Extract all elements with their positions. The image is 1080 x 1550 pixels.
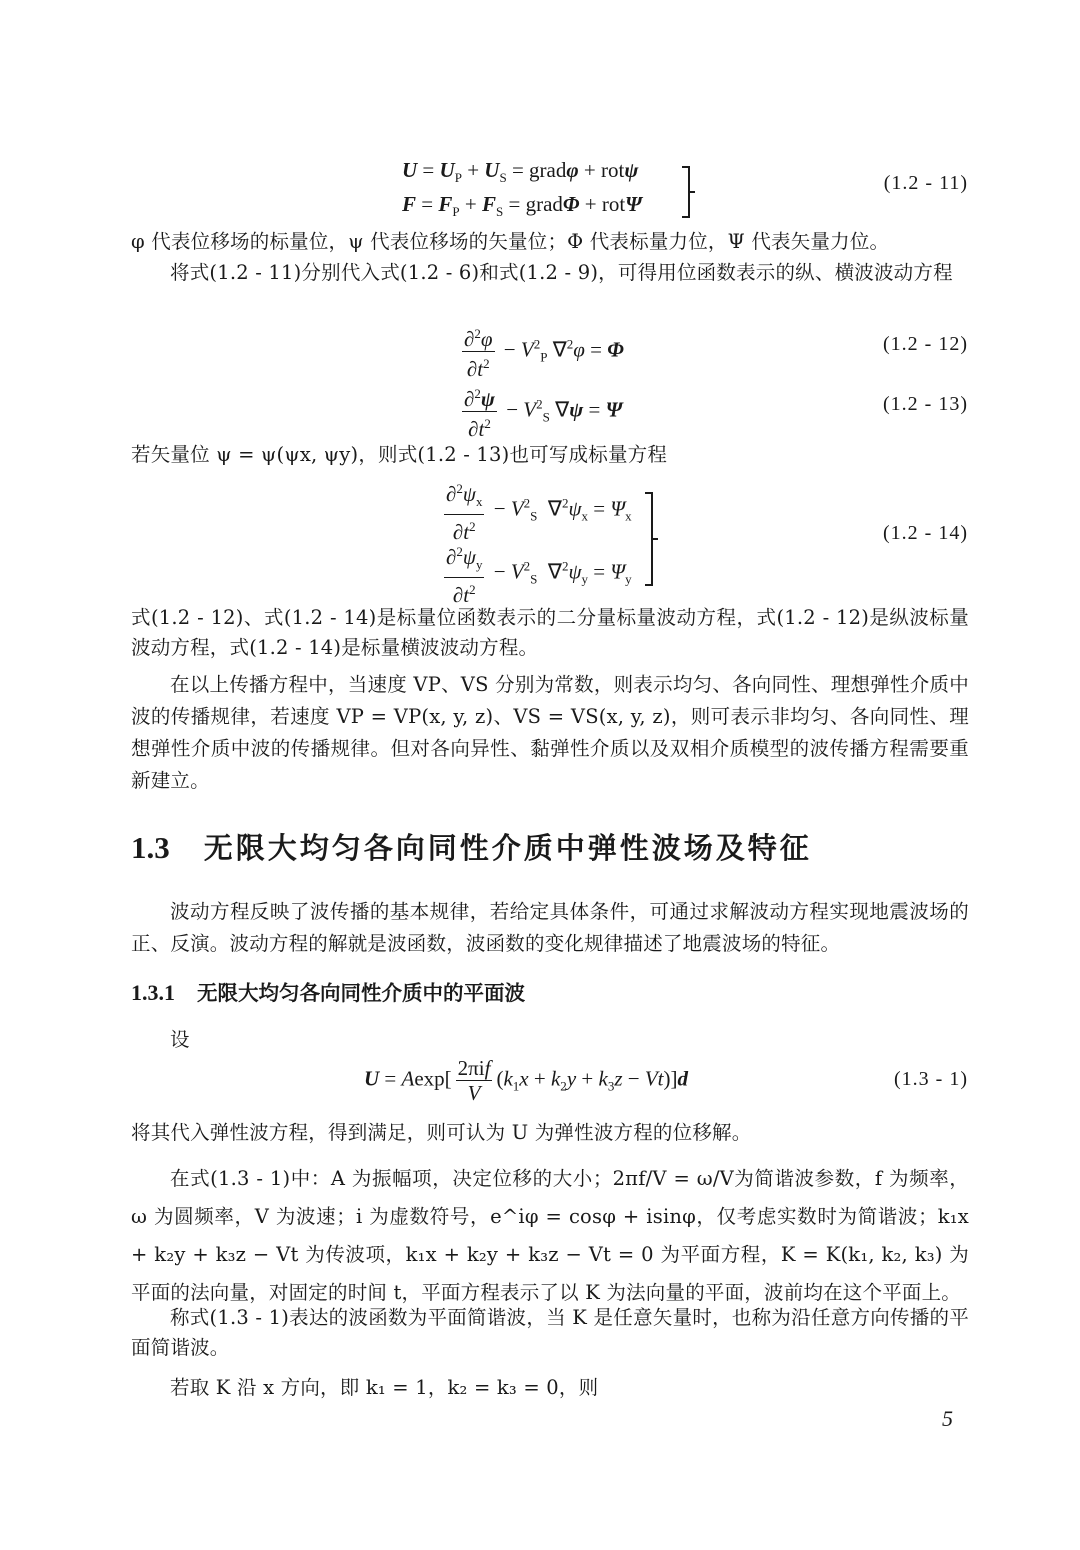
section-title: 无限大均匀各向同性介质中弹性波场及特征	[204, 831, 812, 865]
paragraph-parameters: 在式(1.3 - 1)中：A 为振幅项，决定位移的大小；2πf/V = ω/V为…	[131, 1160, 969, 1312]
equation-1-2-12: ∂2φ∂t2 − V2P ∇2φ = Φ	[458, 322, 624, 381]
paragraph-let: 设	[131, 1025, 969, 1055]
equation-1-2-14-line2: ∂2ψy∂t2 − V2S ∇2ψy = Ψy	[440, 540, 632, 607]
equation-label: (1.2 - 13)	[883, 393, 968, 416]
paragraph-potentials: φ 代表位移场的标量位，ψ 代表位移场的矢量位；Φ 代表标量力位，Ψ 代表矢量力…	[131, 227, 969, 257]
equation-1-2-11-line2: F = FP + FS = gradΦ + rotΨ	[402, 192, 642, 220]
paragraph-scalar-equations: 式(1.2 - 12)、式(1.2 - 14)是标量位函数表示的二分量标量波动方…	[131, 603, 969, 663]
subsection-title: 无限大均匀各向同性介质中的平面波	[197, 981, 525, 1005]
equation-1-2-14-line1: ∂2ψx∂t2 − V2S ∇2ψx = Ψx	[440, 477, 632, 544]
equation-label: (1.3 - 1)	[894, 1068, 968, 1091]
equation-1-3-1: U = Aexp[2πifV(k1x + k2y + k3z − Vt)]d	[364, 1056, 688, 1105]
subsection-heading: 1.3.1无限大均匀各向同性介质中的平面波	[131, 976, 525, 1006]
equation-1-2-13: ∂2ψ∂t2 − V2S ∇ψ = Ψ	[458, 382, 622, 441]
equation-brace	[645, 492, 653, 586]
paragraph-intro: 波动方程反映了波传播的基本规律，若给定具体条件，可通过求解波动方程实现地震波场的…	[131, 896, 969, 960]
equation-1-2-11-line1: U = UP + US = gradφ + rotψ	[402, 158, 638, 186]
page-number: 5	[942, 1406, 953, 1432]
parameters-fraction: 2πf/V = ω/V	[613, 1167, 734, 1190]
paragraph-propagation: 在以上传播方程中，当速度 VP、VS 分别为常数，则表示均匀、各向同性、理想弹性…	[131, 669, 969, 797]
paragraph-plane-wave: 称式(1.3 - 1)表达的波函数为平面简谐波，当 K 是任意矢量时，也称为沿任…	[131, 1303, 969, 1363]
section-heading: 1.3无限大均匀各向同性介质中弹性波场及特征	[131, 826, 812, 867]
paragraph-along-x: 若取 K 沿 x 方向，即 k₁ = 1，k₂ = k₃ = 0，则	[131, 1373, 969, 1403]
equation-label: (1.2 - 12)	[883, 333, 968, 356]
equation-label: (1.2 - 11)	[884, 172, 968, 195]
paragraph-substitute: 将式(1.2 - 11)分别代入式(1.2 - 6)和式(1.2 - 9)，可得…	[131, 258, 969, 288]
section-number: 1.3	[131, 830, 170, 865]
paragraph-vector-potential: 若矢量位 ψ = ψ(ψx, ψy)，则式(1.2 - 13)也可写成标量方程	[131, 440, 969, 470]
subsection-number: 1.3.1	[131, 980, 175, 1005]
parameters-part-a: 在式(1.3 - 1)中：A 为振幅项，决定位移的大小；	[170, 1167, 613, 1190]
equation-brace	[682, 166, 690, 218]
equation-label: (1.2 - 14)	[883, 522, 968, 545]
paragraph-solution: 将其代入弹性波方程，得到满足，则可认为 U 为弹性波方程的位移解。	[131, 1118, 969, 1148]
